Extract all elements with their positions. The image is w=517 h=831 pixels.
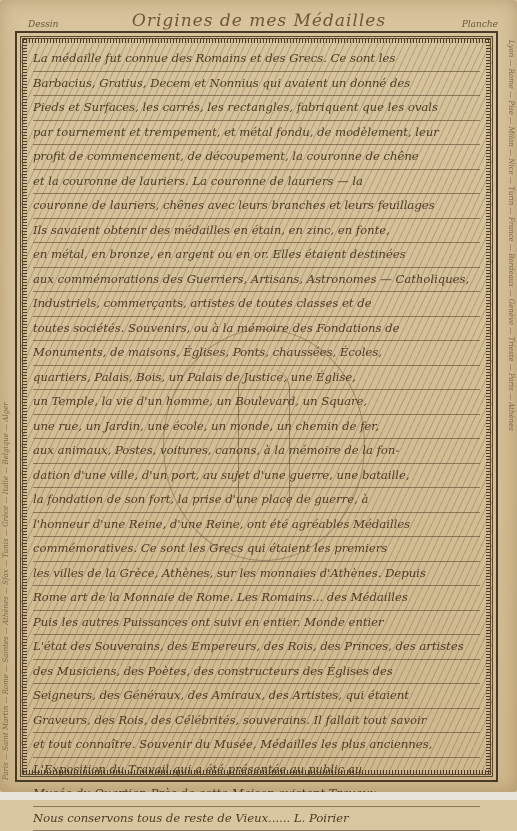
right-margin-text: Lyon — Rome — Pise — Milan — Nice — Turi… — [503, 40, 515, 780]
text-line: Puis les autres Puissances ont suivi en … — [33, 611, 480, 636]
text-line: par tournement et trempement, et métal f… — [33, 121, 480, 146]
text-line: Ils savaient obtenir des médailles en ét… — [33, 219, 480, 244]
text-line: toutes sociétés. Souvenirs, ou à la mémo… — [33, 317, 480, 342]
scan-background — [0, 792, 517, 800]
text-line: et la couronne de lauriers. La couronne … — [33, 170, 480, 195]
text-line: Graveurs, des Rois, des Célébrités, souv… — [33, 709, 480, 734]
text-line: Seigneurs, des Généraux, des Amiraux, de… — [33, 684, 480, 709]
frame-ruler-top — [23, 39, 490, 43]
text-line: la fondation de son fort, la prise d'une… — [33, 488, 480, 513]
text-line: dation d'une ville, d'un port, au sujet … — [33, 464, 480, 489]
text-line: en métal, en bronze, en argent ou en or.… — [33, 243, 480, 268]
text-line: Barbacius, Gratius, Decem et Nonnius qui… — [33, 72, 480, 97]
text-line: L'Exposition du Travail qui a été présen… — [33, 758, 480, 783]
text-line: L'état des Souverains, des Empereurs, de… — [33, 635, 480, 660]
text-line: Rome art de la Monnaie de Rome. Les Roma… — [33, 586, 480, 611]
text-line: Industriels, commerçants, artistes de to… — [33, 292, 480, 317]
text-line: profit de commencement, de découpement, … — [33, 145, 480, 170]
text-line: Pieds et Surfaces, les carrés, les recta… — [33, 96, 480, 121]
left-margin-text: Paris — Saint Martin — Rome — Saintes — … — [2, 40, 14, 780]
frame-ruler-right — [486, 39, 490, 774]
ornamental-frame: La médaille fut connue des Romains et de… — [15, 31, 498, 782]
text-line: les villes de la Grèce, Athènes, sur les… — [33, 562, 480, 587]
text-line: quartiers, Palais, Bois, un Palais de Ju… — [33, 366, 480, 391]
page-title: Origines de mes Médailles — [78, 11, 440, 32]
text-line: commémoratives. Ce sont les Grecs qui ét… — [33, 537, 480, 562]
frame-inner: La médaille fut connue des Romains et de… — [20, 36, 493, 777]
text-line: un Temple, la vie d'un homme, un Bouleva… — [33, 390, 480, 415]
text-line: une rue, un Jardin, une école, un monde,… — [33, 415, 480, 440]
text-line: l'honneur d'une Reine, d'une Reine, ont … — [33, 513, 480, 538]
paper-sheet: Dessin Origines de mes Médailles Planche… — [0, 0, 517, 792]
text-line: couronne de lauriers, chênes avec leurs … — [33, 194, 480, 219]
text-line: La médaille fut connue des Romains et de… — [33, 47, 480, 72]
frame-ruler-left — [23, 39, 27, 774]
page-header: Dessin Origines de mes Médailles Planche — [28, 6, 498, 32]
text-line: aux commémorations des Guerriers, Artisa… — [33, 268, 480, 293]
text-line: et tout connaître. Souvenir du Musée, Mé… — [33, 733, 480, 758]
text-line: Monuments, de maisons, Églises, Ponts, c… — [33, 341, 480, 366]
text-line: des Musiciens, des Poètes, des construct… — [33, 660, 480, 685]
handwritten-text-body: La médaille fut connue des Romains et de… — [33, 47, 480, 800]
text-line: aux animaux, Postes, voitures, canons, à… — [33, 439, 480, 464]
